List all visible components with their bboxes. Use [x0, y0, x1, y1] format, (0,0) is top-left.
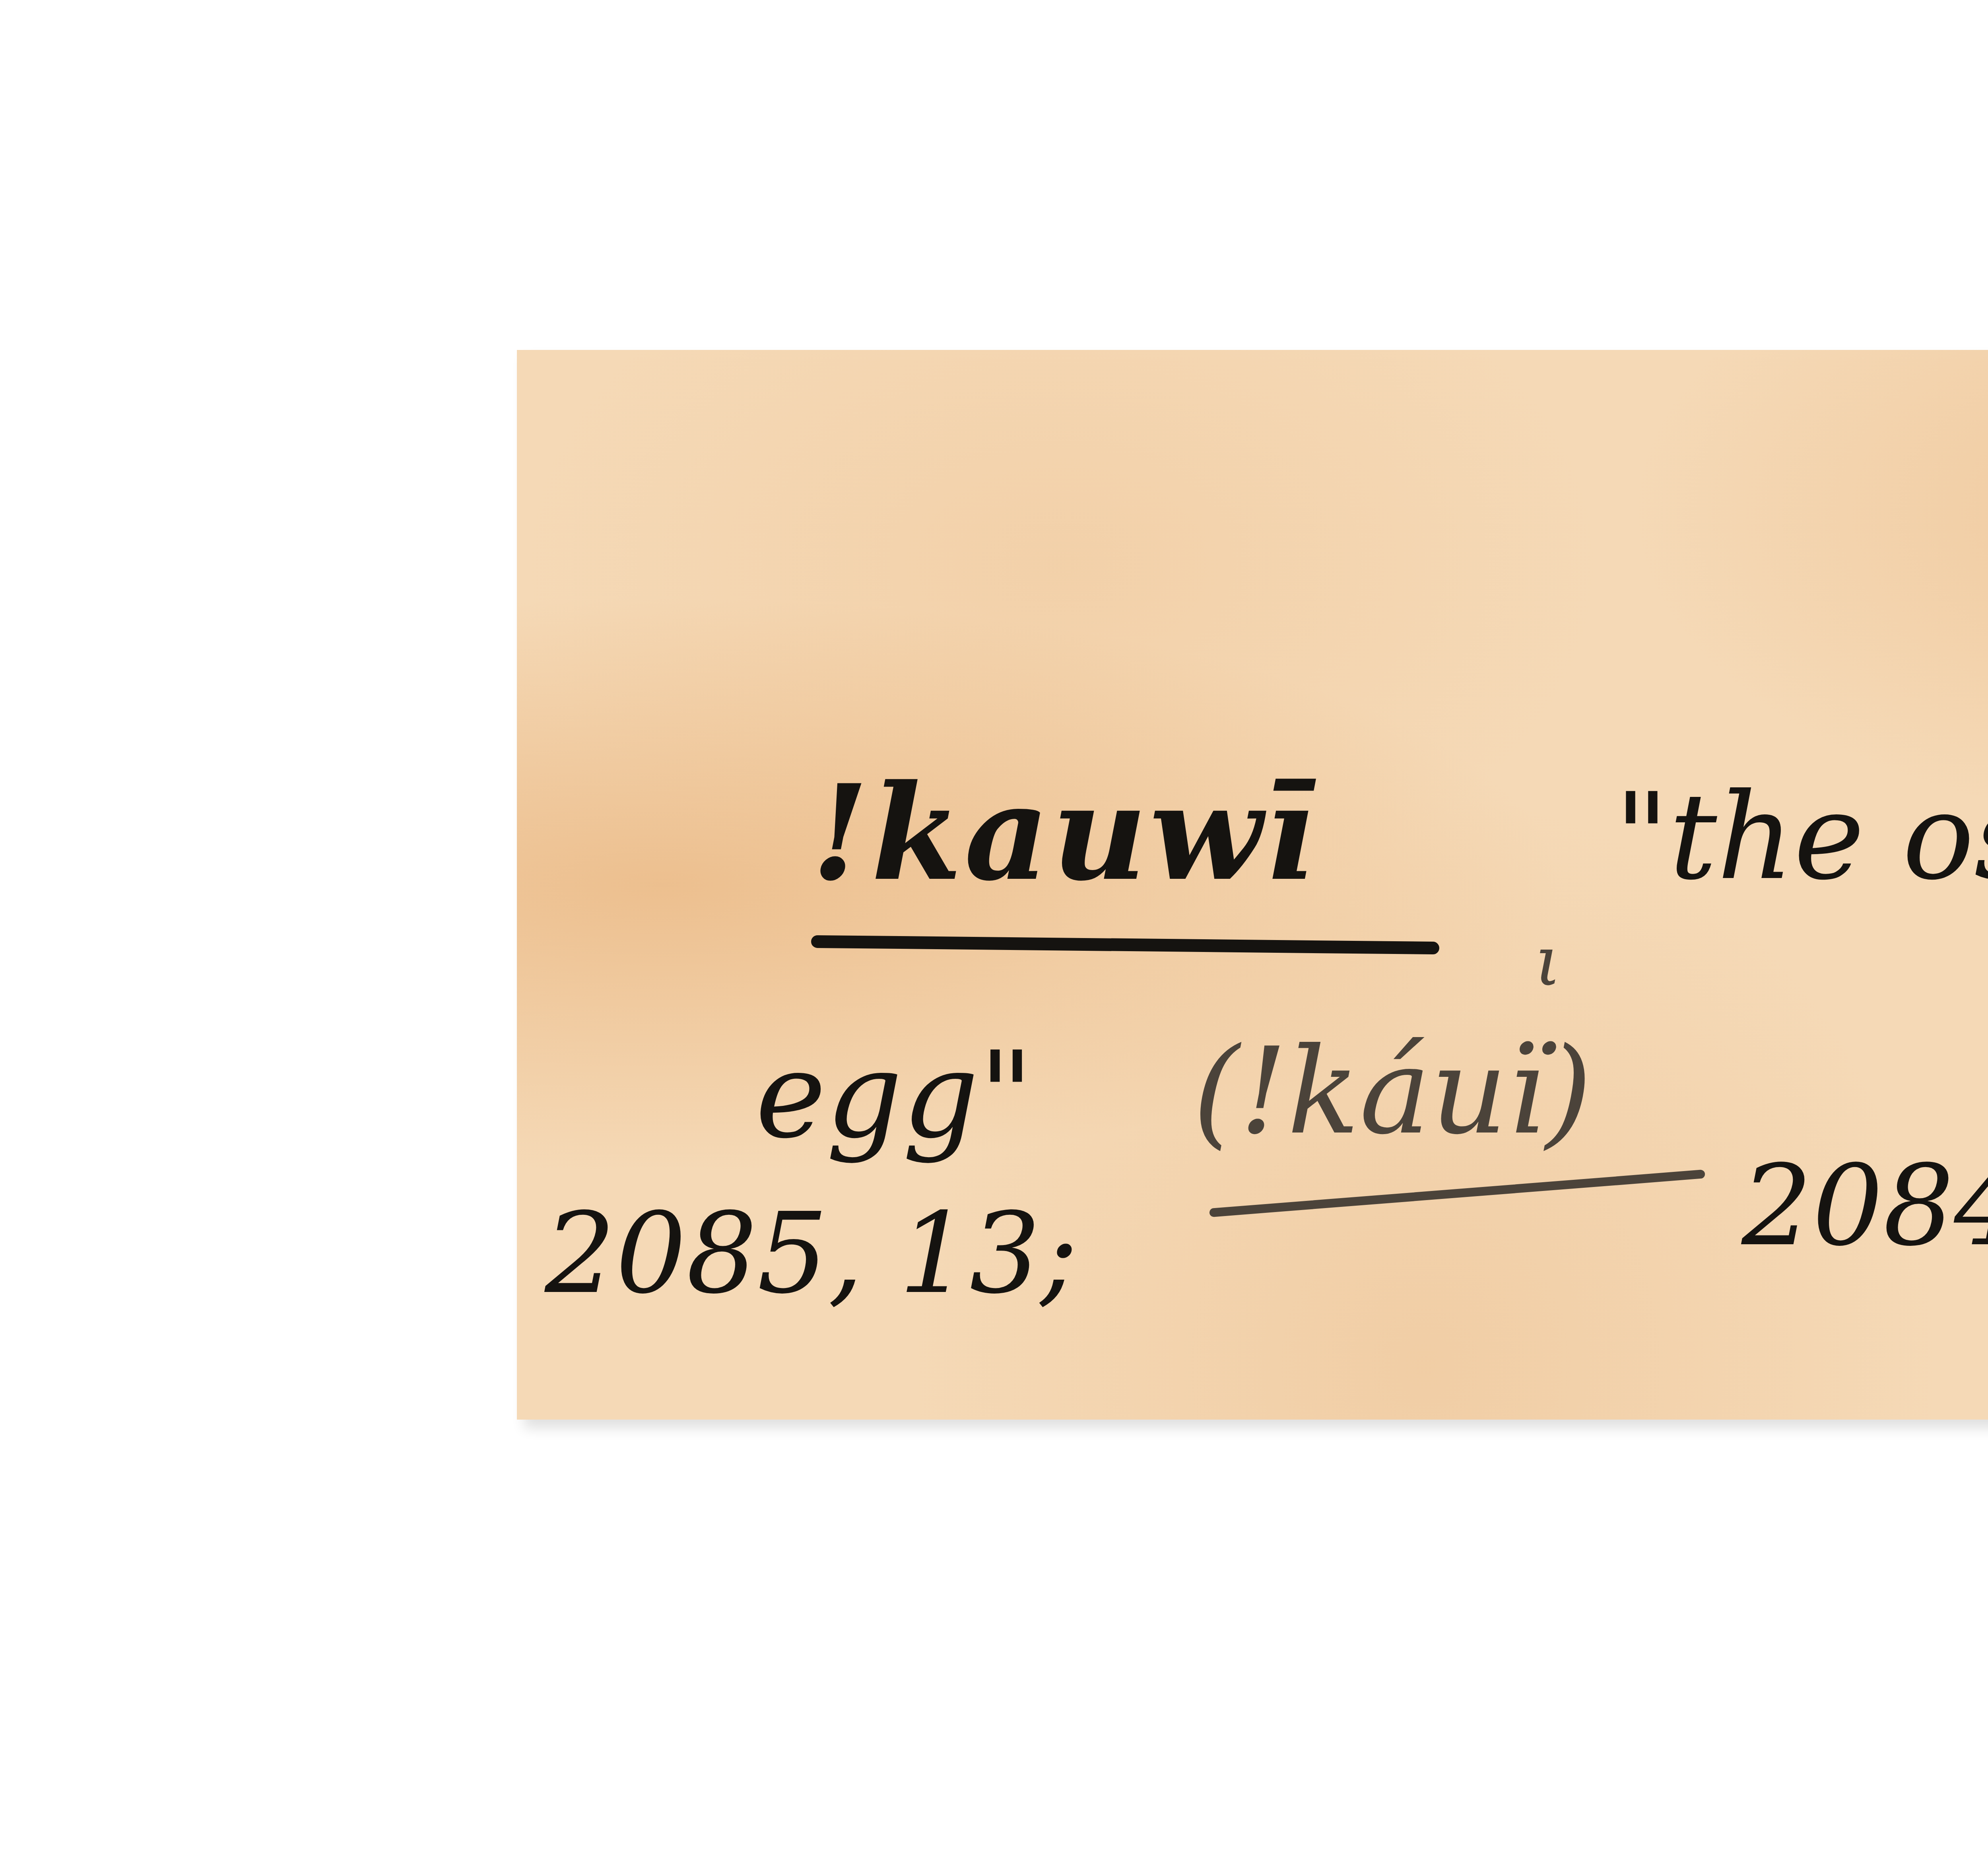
alternate-form-underline: [1209, 1169, 1705, 1217]
iota-mark: ι: [1535, 923, 1561, 1001]
gloss-line-1: "the ostrich: [1614, 767, 1988, 906]
gloss-line-2: egg": [755, 1026, 1034, 1165]
reference-2: 2084, 21;: [1741, 1141, 1988, 1271]
reference-1: 2085, 13;: [545, 1189, 1078, 1319]
alternate-form-text: (!káuï): [1193, 1022, 1592, 1161]
headword-underline: [811, 935, 1439, 955]
headword-text: !kauwī: [811, 756, 1317, 910]
archival-card: !kauwī ι "the ostrich egg" (!káuï) 2085,…: [517, 350, 1988, 1420]
